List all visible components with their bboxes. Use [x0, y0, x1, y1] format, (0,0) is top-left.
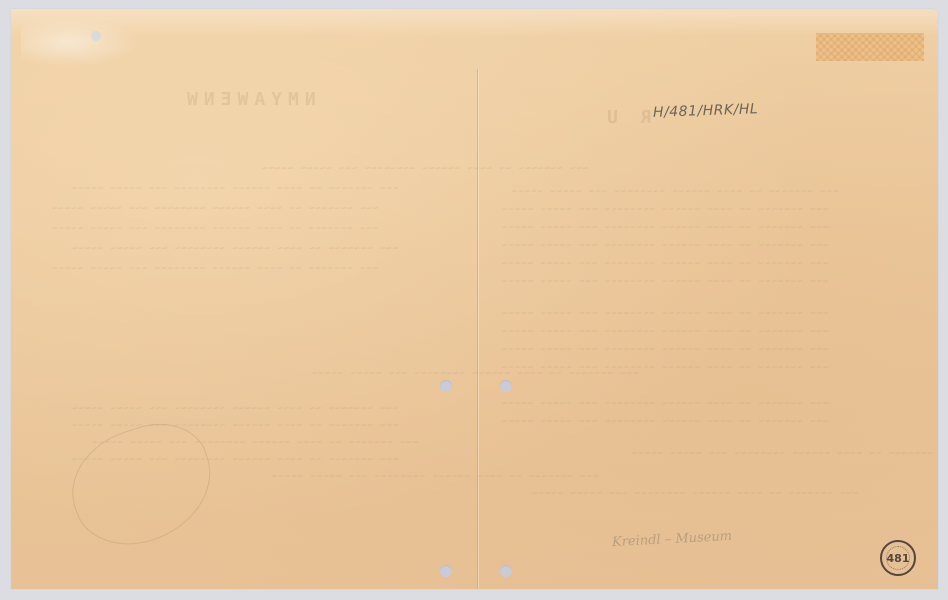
tape-residue-top-right	[816, 33, 924, 61]
faint-pencil-signature	[57, 410, 227, 560]
ghost-line: ~~~ ~~~~~~~ ~~ ~~~~ ~~~~~~ ~~~~~~~~ ~~~ …	[501, 417, 828, 427]
ghost-line: ~~~ ~~~~~~~ ~~ ~~~~ ~~~~~~ ~~~~~~~~ ~~~ …	[631, 449, 938, 459]
ghost-line: ~~~ ~~~~~~~ ~~ ~~~~ ~~~~~~ ~~~~~~~~ ~~~ …	[51, 224, 378, 234]
ghost-line: ~~~ ~~~~~~~ ~~ ~~~~ ~~~~~~ ~~~~~~~~ ~~~ …	[501, 205, 828, 215]
ghost-line: ~~~ ~~~~~~~ ~~ ~~~~ ~~~~~~ ~~~~~~~~ ~~~ …	[71, 404, 398, 414]
museum-stamp: 481	[880, 540, 916, 576]
ghost-title-right: R U	[601, 107, 652, 128]
stamp-number: 481	[887, 552, 910, 565]
paper-top-edge	[11, 9, 938, 37]
ghost-line: ~~~ ~~~~~~~ ~~ ~~~~ ~~~~~~ ~~~~~~~~ ~~~ …	[501, 277, 828, 287]
ghost-line: ~~~ ~~~~~~~ ~~ ~~~~ ~~~~~~ ~~~~~~~~ ~~~ …	[71, 244, 398, 254]
punch-hole	[500, 380, 512, 392]
ghost-line: ~~~ ~~~~~~~ ~~ ~~~~ ~~~~~~ ~~~~~~~~ ~~~ …	[501, 309, 828, 319]
stain-dot	[91, 31, 101, 41]
ghost-line: ~~~ ~~~~~~~ ~~ ~~~~ ~~~~~~ ~~~~~~~~ ~~~ …	[501, 345, 828, 355]
ghost-line: ~~~ ~~~~~~~ ~~ ~~~~ ~~~~~~ ~~~~~~~~ ~~~ …	[71, 184, 398, 194]
ghost-line: ~~~ ~~~~~~~ ~~ ~~~~ ~~~~~~ ~~~~~~~~ ~~~ …	[501, 223, 828, 233]
stain-top-left	[21, 17, 141, 67]
ghost-line: ~~~ ~~~~~~~ ~~ ~~~~ ~~~~~~ ~~~~~~~~ ~~~ …	[501, 327, 828, 337]
ghost-line: ~~~ ~~~~~~~ ~~ ~~~~ ~~~~~~ ~~~~~~~~ ~~~ …	[501, 241, 828, 251]
ghost-line: ~~~ ~~~~~~~ ~~ ~~~~ ~~~~~~ ~~~~~~~~ ~~~ …	[71, 421, 398, 431]
ghost-title-left: NMYAWENW	[181, 89, 316, 110]
ghost-line: ~~~ ~~~~~~~ ~~ ~~~~ ~~~~~~ ~~~~~~~~ ~~~ …	[261, 164, 588, 174]
ghost-line: ~~~ ~~~~~~~ ~~ ~~~~ ~~~~~~ ~~~~~~~~ ~~~ …	[501, 363, 828, 373]
ghost-line: ~~~ ~~~~~~~ ~~ ~~~~ ~~~~~~ ~~~~~~~~ ~~~ …	[501, 259, 828, 269]
punch-hole	[440, 380, 452, 392]
punch-hole	[440, 565, 452, 577]
punch-hole	[500, 565, 512, 577]
center-fold-line	[477, 69, 478, 589]
ghost-line: ~~~ ~~~~~~~ ~~ ~~~~ ~~~~~~ ~~~~~~~~ ~~~ …	[511, 187, 838, 197]
ghost-line: ~~~ ~~~~~~~ ~~ ~~~~ ~~~~~~ ~~~~~~~~ ~~~ …	[531, 489, 858, 499]
ghost-line: ~~~ ~~~~~~~ ~~ ~~~~ ~~~~~~ ~~~~~~~~ ~~~ …	[51, 204, 378, 214]
paper-sheet: NMYAWENW ~~~ ~~~~~~~ ~~ ~~~~ ~~~~~~ ~~~~…	[11, 9, 938, 589]
ghost-line: ~~~ ~~~~~~~ ~~ ~~~~ ~~~~~~ ~~~~~~~~ ~~~ …	[271, 472, 598, 482]
scanned-document-viewer: NMYAWENW ~~~ ~~~~~~~ ~~ ~~~~ ~~~~~~ ~~~~…	[0, 0, 948, 600]
ghost-line: ~~~ ~~~~~~~ ~~ ~~~~ ~~~~~~ ~~~~~~~~ ~~~ …	[51, 264, 378, 274]
ghost-line: ~~~ ~~~~~~~ ~~ ~~~~ ~~~~~~ ~~~~~~~~ ~~~ …	[501, 399, 828, 409]
